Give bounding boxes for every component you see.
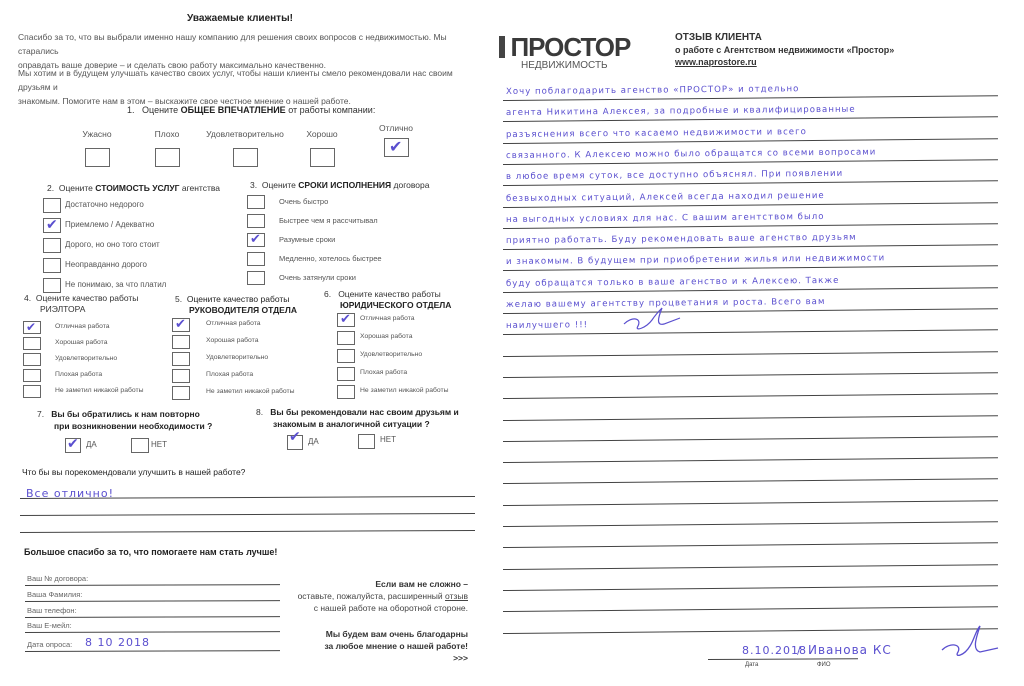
q3-option-checkbox[interactable] [247,195,265,209]
q1-option-label: Хорошо [282,129,362,139]
extended-review-note: Если вам не сложно – оставьте, пожалуйст… [285,578,468,614]
q6-option-label: Не заметил никакой работы [360,387,449,394]
q3-option-checkbox[interactable] [247,271,265,285]
contact-field-label: Ваш E-мейл: [27,621,72,630]
q5-option-checkbox[interactable] [172,386,190,400]
review-ruled-line [503,606,998,612]
q1-option-checkbox[interactable] [233,148,258,167]
review-ruled-line [503,351,998,357]
signature-icon [940,622,1000,662]
thanks-text: Большое спасибо за то, что помогаете нам… [24,547,277,557]
improve-line-3 [20,530,475,533]
review-ruled-line [503,585,998,591]
review-ruled-line [503,117,998,123]
contact-field-label: Ваша Фамилия: [27,590,82,599]
review-ruled-line [503,266,998,272]
review-ruled-line [503,521,998,527]
q8-heading: 8. Вы бы рекомендовали нас своим друзьям… [256,406,459,430]
q1-heading: 1. Оцените ОБЩЕЕ ВПЕЧАТЛЕНИЕ от работы к… [127,105,375,115]
q1-option-label: Ужасно [57,129,137,139]
review-ruled-line [503,543,998,549]
review-ruled-line [503,457,998,463]
q8-yes-label: ДА [308,437,319,446]
q7-no-label: НЕТ [151,440,167,449]
q5-option-label: Плохая работа [206,371,253,378]
q2-option-label: Дорого, но оно того стоит [65,240,160,249]
q5-option-checkbox[interactable]: ✔ [172,318,190,332]
q5-option-checkbox[interactable] [172,352,190,366]
q3-heading: 3. Оцените СРОКИ ИСПОЛНЕНИЯ договора [250,180,429,190]
intro2-line1: Мы хотим и в будущем улучшать качество с… [18,66,478,94]
q5-option-checkbox[interactable] [172,369,190,383]
contact-field-line [25,584,280,586]
q8-no-checkbox[interactable] [358,434,375,449]
checkmark-icon: ✔ [340,313,351,326]
q4-option-label: Удовлетворительно [55,355,117,362]
next-page-arrows: >>> [285,652,468,664]
name-label: ФИО [817,662,831,668]
q4-option-label: Не заметил никакой работы [55,387,144,394]
q8-no-label: НЕТ [380,435,396,444]
q6-option-label: Хорошая работа [360,333,413,340]
contact-field-line [25,650,280,652]
q6-heading: 6. Оцените качество работы ЮРИДИЧЕСКОГО … [324,289,451,311]
q7-yes-label: ДА [86,440,97,449]
q7-heading: 7. Вы бы обратились к нам повторно при в… [37,408,212,432]
review-header: ОТЗЫВ КЛИЕНТА о работе с Агентством недв… [675,32,894,68]
contact-field-label: Ваш телефон: [27,606,77,615]
q5-option-label: Хорошая работа [206,337,259,344]
review-ruled-line [503,330,998,336]
review-signature-icon [622,306,682,332]
review-text-line[interactable]: на выгодных условиях для нас. С вашим аг… [506,210,996,225]
q4-option-label: Плохая работа [55,371,102,378]
q2-heading: 2. Оцените СТОИМОСТЬ УСЛУГ агентства [47,183,220,193]
q1-option-label: Удовлетворительно [205,129,285,139]
date-label: Дата [745,662,758,668]
checkmark-icon: ✔ [250,233,261,246]
checkmark-icon: ✔ [26,321,36,333]
q5-heading: 5. Оцените качество работы РУКОВОДИТЕЛЯ … [175,294,297,316]
q2-option-checkbox[interactable]: ✔ [43,218,61,233]
q4-option-checkbox[interactable]: ✔ [23,321,41,334]
intro-paragraph-2: Мы хотим и в будущем улучшать качество с… [18,66,478,108]
review-ruled-line [503,436,998,442]
review-link[interactable]: отзыв [445,591,468,601]
q3-option-label: Разумные сроки [279,235,335,244]
q3-option-checkbox[interactable]: ✔ [247,233,265,247]
q3-option-label: Медленно, хотелось быстрее [279,254,382,263]
q1-option-checkbox[interactable] [155,148,180,167]
q6-option-checkbox[interactable] [337,349,355,363]
gratitude-note: Мы будем вам очень благодарны за любое м… [285,628,468,664]
q4-option-checkbox[interactable] [23,353,41,366]
q6-option-checkbox[interactable] [337,367,355,381]
review-ruled-line [503,500,998,506]
q6-option-label: Отличная работа [360,315,415,322]
review-text-line[interactable]: Хочу поблагодарить агенство «ПРОСТОР» и … [506,82,996,97]
q5-option-label: Отличная работа [206,320,261,327]
review-text-line[interactable]: буду обращатся только в ваше агенство и … [506,274,996,289]
improve-line-2 [20,513,475,516]
intro1-line1: Спасибо за то, что вы выбрали именно наш… [18,30,478,58]
q2-option-label: Приемлемо / Адекватно [65,220,154,229]
logo-main-text: ПРОСТОР [510,32,630,62]
q1-option-label: Плохо [127,129,207,139]
improve-question: Что бы вы порекомендовали улучшить в наш… [22,467,245,477]
q2-option-label: Неоправданно дорого [65,260,147,269]
q6-option-checkbox[interactable] [337,331,355,345]
contact-field-input[interactable]: 8 10 2018 [85,636,150,649]
review-ruled-line [503,564,998,570]
q4-option-label: Отличная работа [55,323,110,330]
final-line-2: за любое мнение о нашей работе! [285,640,468,652]
q4-option-checkbox[interactable] [23,369,41,382]
review-subtitle: о работе с Агентством недвижимости «Прос… [675,44,894,56]
review-ruled-line [503,628,998,634]
review-ruled-line [503,479,998,485]
q5-option-label: Удовлетворительно [206,354,268,361]
q3-option-label: Быстрее чем я рассчитывал [279,216,378,225]
note-line-2: оставьте, пожалуйста, расширенный отзыв [285,590,468,602]
q6-option-checkbox[interactable]: ✔ [337,313,355,327]
note-line-3: с нашей работе на оборотной стороне. [285,602,468,614]
greeting-heading: Уважаемые клиенты! [0,13,480,24]
q4-heading: 4. Оцените качество работы РИЭЛТОРА [24,293,138,315]
q1-option-label: Отлично [356,123,436,133]
logo-bar-icon [499,36,505,58]
review-text-line[interactable]: желаю вашему агентству процветания и рос… [506,295,996,310]
q4-option-label: Хорошая работа [55,339,108,346]
q6-option-checkbox[interactable] [337,385,355,399]
q1-option-checkbox[interactable] [85,148,110,167]
q4-option-checkbox[interactable] [23,385,41,398]
q7-yes-checkbox[interactable]: ✔ [65,438,81,453]
q2-option-checkbox[interactable] [43,278,61,293]
review-text-line[interactable]: приятно работать. Буду рекомендовать ваш… [506,231,996,246]
q1-option-checkbox[interactable] [310,148,335,167]
q5-option-checkbox[interactable] [172,335,190,349]
q6-option-label: Плохая работа [360,369,407,376]
signature-line [708,658,858,660]
review-title: ОТЗЫВ КЛИЕНТА [675,32,894,44]
note-line-1: Если вам не сложно – [285,578,468,590]
q2-option-checkbox[interactable] [43,198,61,213]
checkmark-icon: ✔ [67,437,79,451]
contact-field-line [25,631,280,633]
review-text-line[interactable]: разъяснения всего что касаемо недвижимос… [506,125,996,140]
final-line-1: Мы будем вам очень благодарны [285,628,468,640]
contact-field-line [25,600,280,602]
q7-no-checkbox[interactable] [131,438,149,453]
q2-option-checkbox[interactable] [43,258,61,273]
q3-option-label: Очень затянули сроки [279,273,356,282]
contact-field-label: Ваш № договора: [27,574,88,583]
checkmark-icon: ✔ [46,218,58,232]
checkmark-icon: ✔ [389,139,402,155]
q5-option-label: Не заметил никакой работы [206,388,295,395]
contact-field-label: Дата опроса: [27,640,72,649]
contact-field-line [25,616,280,618]
website-link[interactable]: www.naprostore.ru [675,56,894,68]
review-text-line[interactable]: связанного. К Алексею можно было обращат… [506,146,996,161]
q2-option-checkbox[interactable] [43,238,61,253]
q3-option-checkbox[interactable] [247,252,265,266]
q2-option-label: Достаточно недорого [65,200,144,209]
q3-option-label: Очень быстро [279,197,328,206]
review-ruled-line [503,393,998,399]
checkmark-icon: ✔ [175,318,186,331]
review-name-value[interactable]: Иванова КС [808,643,892,657]
review-ruled-line [503,415,998,421]
review-ruled-line [503,372,998,378]
q6-option-label: Удовлетворительно [360,351,422,358]
q2-option-label: Не понимаю, за что платил [65,280,166,289]
review-text-line[interactable]: безвыходных ситуаций, Алексей всегда нах… [506,189,996,204]
prostor-logo: ПРОСТОР НЕДВИЖИМОСТЬ [499,32,630,71]
q1-option-checkbox[interactable]: ✔ [384,138,409,157]
checkmark-icon: ✔ [289,430,301,444]
q3-option-checkbox[interactable] [247,214,265,228]
q4-option-checkbox[interactable] [23,337,41,350]
q8-yes-checkbox[interactable]: ✔ [287,435,303,450]
